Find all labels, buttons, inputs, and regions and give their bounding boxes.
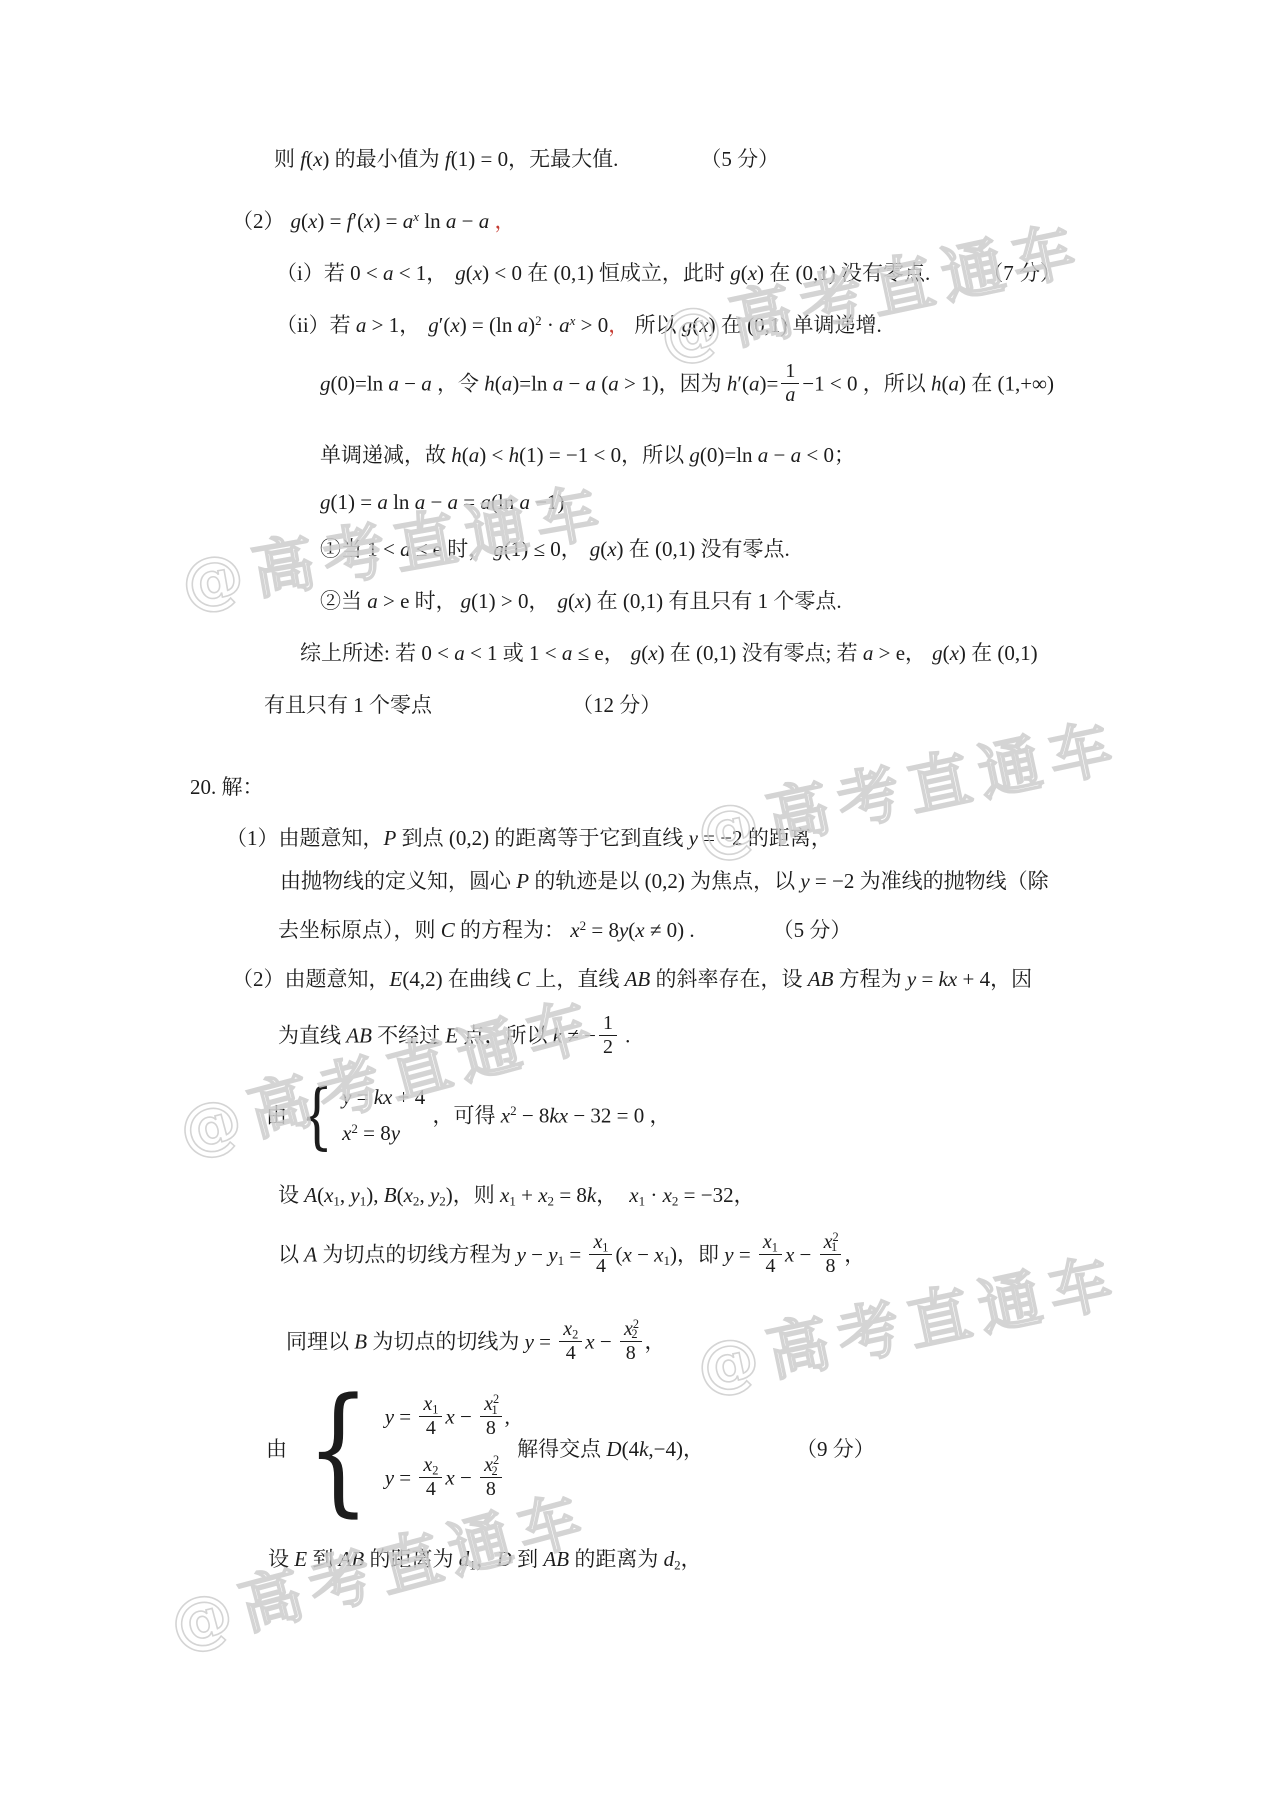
- equation-rows: y = x14x − x218,y = x24x − x228: [385, 1395, 510, 1503]
- text-run: 为直线: [278, 1023, 346, 1047]
- text-run: ，: [489, 209, 515, 233]
- text-run: 设: [268, 1547, 294, 1571]
- text-run: )=: [759, 371, 778, 395]
- text-run: a: [518, 313, 529, 337]
- text-run: E: [445, 1023, 458, 1047]
- text-run: −: [632, 1242, 654, 1266]
- fraction-numerator: x22: [480, 1454, 502, 1478]
- text-run: a: [519, 490, 530, 514]
- text-run: g: [558, 589, 569, 613]
- text-run: y: [548, 1242, 557, 1266]
- text-run: D: [606, 1437, 621, 1461]
- text-run: x: [342, 1121, 351, 1145]
- text-run: > e 时，: [378, 589, 457, 613]
- text-run: h: [727, 371, 738, 395]
- text-run: 单调递减，故: [320, 443, 451, 467]
- text-run: a: [469, 443, 480, 467]
- text-run: y: [724, 1242, 733, 1266]
- text-run: 到: [307, 1547, 339, 1571]
- text-run: P: [516, 869, 529, 893]
- fraction: x228: [620, 1318, 642, 1365]
- left-brace-icon: {: [307, 1390, 371, 1508]
- text-run: x: [699, 313, 708, 337]
- fraction-denominator: a: [781, 384, 799, 407]
- text-run: )，则: [446, 1183, 500, 1207]
- text-run: ) 在 (0,1) 没有零点; 若: [658, 641, 863, 665]
- text-run: g: [730, 261, 741, 285]
- text-run: ≠ −: [562, 1023, 596, 1047]
- text-run: > 1)，因为: [619, 371, 727, 395]
- text-run: ·: [645, 1183, 663, 1207]
- text-run: C: [516, 967, 530, 991]
- text-run: h: [931, 371, 942, 395]
- equation-row: y = x14x − x218,: [385, 1395, 510, 1442]
- spacer: [582, 555, 590, 556]
- text-run: a: [403, 209, 414, 233]
- text-run: y: [907, 967, 916, 991]
- text-run: g: [455, 261, 466, 285]
- text-run: 4: [566, 1342, 576, 1364]
- text-run: ，: [608, 313, 629, 337]
- text-run: 1: [432, 1403, 438, 1417]
- math-line: 同理以 B 为切点的切线为 y = x24x − x228，: [286, 1320, 666, 1367]
- math-line: （2）g(x) = f′(x) = ax ln a − a ，: [232, 206, 516, 236]
- text-run: a: [562, 641, 573, 665]
- text-run: =: [394, 1404, 416, 1428]
- text-run: 所以: [629, 313, 682, 337]
- text-run: g: [291, 209, 302, 233]
- math-line: 由 {y = kx + 4x2 = 8y ，可得 x2 − 8kx − 32 =…: [266, 1084, 671, 1151]
- text-run: x: [585, 1329, 594, 1353]
- text-run: ，令: [432, 371, 485, 395]
- text-run: g: [932, 641, 943, 665]
- text-run: B: [354, 1329, 367, 1353]
- math-line: （2）由题意知，E(4,2) 在曲线 C 上，直线 AB 的斜率存在，设 AB …: [232, 964, 1032, 994]
- fraction: x14: [759, 1231, 782, 1278]
- fraction-denominator: 4: [761, 1255, 779, 1278]
- text-run: (: [495, 371, 502, 395]
- fraction: 12: [599, 1012, 617, 1059]
- math-line: （i）若 0 < a < 1，g(x) < 0 在 (0,1) 恒成立，此时 g…: [276, 258, 1061, 288]
- text-run: 1: [602, 1240, 608, 1254]
- text-run: )=ln: [512, 371, 552, 395]
- text-run: (1) > 0，: [471, 589, 549, 613]
- text-run: 由抛物线的定义知，圆心: [280, 869, 516, 893]
- text-run: (1) = 0，无最大值.: [451, 147, 619, 171]
- fraction-denominator: 4: [422, 1417, 440, 1440]
- text-run: h: [484, 371, 495, 395]
- text-run: 到: [512, 1547, 544, 1571]
- math-line: 由抛物线的定义知，圆心 P 的轨迹是以 (0,2) 为焦点，以 y = −2 为…: [280, 866, 1049, 896]
- text-run: y: [619, 918, 628, 942]
- text-run: x: [563, 1318, 572, 1340]
- text-run: g: [682, 313, 693, 337]
- fraction: x24: [419, 1454, 442, 1501]
- text-run: a: [553, 371, 564, 395]
- text-run: 设: [278, 1183, 304, 1207]
- text-run: AB: [339, 1547, 365, 1571]
- text-run: > e，: [873, 641, 926, 665]
- text-run: 20. 解：: [190, 775, 264, 799]
- text-run: a: [480, 490, 491, 514]
- text-run: AB: [625, 967, 651, 991]
- text-run: 2: [491, 1464, 497, 1478]
- text-run: 8: [825, 1255, 835, 1277]
- text-run: ln: [388, 490, 415, 514]
- text-run: y: [689, 826, 698, 850]
- text-run: g: [631, 641, 642, 665]
- text-run: −: [455, 1404, 477, 1428]
- text-run: a: [948, 371, 959, 395]
- math-line: 设 A(x1, y1), B(x2, y2)，则 x1 + x2 = 8k，x1…: [278, 1180, 755, 1210]
- text-run: x: [748, 261, 757, 285]
- text-run: x: [763, 1231, 772, 1253]
- fraction-denominator: 2: [599, 1036, 617, 1059]
- text-run: g: [320, 371, 331, 395]
- text-run: y: [430, 1183, 439, 1207]
- text-run: a: [377, 490, 388, 514]
- text-run: （ii）若: [276, 313, 356, 337]
- text-run: ,: [340, 1183, 351, 1207]
- text-run: 由: [266, 1437, 292, 1461]
- fraction-denominator: 4: [562, 1342, 580, 1365]
- text-run: ) 在 (0,1): [959, 641, 1038, 665]
- text-run: a: [863, 641, 874, 665]
- text-run: − 8: [517, 1103, 550, 1127]
- text-run: =: [564, 1242, 586, 1266]
- spacer: [617, 1201, 629, 1202]
- math-line: （ii）若 a > 1，g′(x) = (ln a)2 · ax > 0， 所以…: [276, 310, 882, 340]
- text-run: （i）若 0 <: [276, 261, 383, 285]
- text-run: kx: [549, 1103, 568, 1127]
- text-run: a: [388, 371, 399, 395]
- text-run: ) 在 (0,1) 没有零点.: [617, 537, 790, 561]
- exam-answer-page: 则 f(x) 的最小值为 f(1) = 0，无最大值.（5 分）（2）g(x) …: [0, 0, 1280, 1811]
- text-run: 以: [278, 1242, 304, 1266]
- text-run: 上，直线: [530, 967, 625, 991]
- text-run: (: [466, 261, 473, 285]
- text-run: a: [446, 209, 457, 233]
- text-run: (: [568, 589, 575, 613]
- text-run: a: [421, 371, 432, 395]
- text-run: A: [304, 1183, 317, 1207]
- text-run: −: [456, 209, 478, 233]
- fraction: x218: [480, 1393, 502, 1440]
- text-run: g: [689, 443, 700, 467]
- text-run: （5 分）: [773, 918, 852, 942]
- fraction-numerator: x1: [759, 1231, 782, 1255]
- text-run: x: [501, 1103, 510, 1127]
- text-run: 由: [266, 1103, 292, 1127]
- text-run: 的轨迹是以 (0,2) 为焦点，以: [529, 869, 800, 893]
- text-run: y: [391, 1121, 400, 1145]
- text-run: （9 分）: [796, 1437, 875, 1461]
- text-run: = −2 为准线的抛物线（除: [810, 869, 1049, 893]
- text-run: x: [404, 1183, 413, 1207]
- spacer: [550, 607, 558, 608]
- math-line: （1）由题意知，P 到点 (0,2) 的距离等于它到直线 y = −2 的距离，: [226, 823, 832, 853]
- text-run: = 8: [358, 1121, 391, 1145]
- text-run: （1）由题意知，: [226, 826, 384, 850]
- text-run: 8: [626, 1342, 636, 1364]
- text-run: k: [639, 1437, 648, 1461]
- text-run: x: [575, 589, 584, 613]
- fraction-numerator: x1: [419, 1393, 442, 1417]
- text-run: x: [950, 641, 959, 665]
- text-run: 的方程为：: [455, 918, 571, 942]
- text-run: = 8: [586, 918, 619, 942]
- text-run: x: [473, 261, 482, 285]
- text-run: a: [448, 490, 459, 514]
- math-line: 有且只有 1 个零点（12 分）: [264, 690, 661, 720]
- text-run: a: [758, 443, 769, 467]
- text-run: ,: [505, 1404, 510, 1428]
- text-run: y: [517, 1242, 526, 1266]
- text-run: ，: [645, 1329, 666, 1353]
- text-run: AB: [346, 1023, 372, 1047]
- text-run: 的距离为: [569, 1547, 664, 1571]
- text-run: ),: [366, 1183, 384, 1207]
- fraction: x228: [480, 1454, 502, 1501]
- fraction: x14: [419, 1393, 442, 1440]
- equation-rows: y = kx + 4x2 = 8y: [342, 1082, 425, 1149]
- fraction-denominator: 4: [422, 1478, 440, 1501]
- text-run: ，: [681, 1547, 702, 1571]
- text-run: 1: [772, 1240, 778, 1254]
- text-run: ′(: [439, 313, 451, 337]
- text-run: x: [593, 1231, 602, 1253]
- text-run: 1: [785, 360, 795, 382]
- text-run: a: [383, 261, 394, 285]
- text-run: 为切点的切线方程为: [317, 1242, 517, 1266]
- text-run: 2: [631, 1327, 637, 1341]
- text-run: =: [734, 1242, 756, 1266]
- text-run: 1: [491, 1403, 497, 1417]
- text-run: D: [497, 1547, 512, 1571]
- text-run: 不经过: [372, 1023, 446, 1047]
- fraction-numerator: x21: [820, 1231, 842, 1255]
- text-run: y: [342, 1085, 351, 1109]
- spacer: [618, 165, 700, 166]
- text-run: E: [294, 1547, 307, 1571]
- text-run: kx: [939, 967, 958, 991]
- text-run: ，可得: [427, 1103, 501, 1127]
- text-run: (4,2) 在曲线: [402, 967, 516, 991]
- text-run: > 1，: [366, 313, 420, 337]
- text-run: a: [559, 313, 570, 337]
- text-run: AB: [543, 1547, 569, 1571]
- text-run: =: [534, 1329, 556, 1353]
- text-run: k: [553, 1023, 562, 1047]
- text-run: = −32，: [678, 1183, 754, 1207]
- equation-row: y = x24x − x228: [385, 1456, 505, 1503]
- fraction-denominator: 8: [821, 1255, 839, 1278]
- fraction: x218: [820, 1231, 842, 1278]
- text-run: 4: [426, 1478, 436, 1500]
- text-run: h: [509, 443, 520, 467]
- fraction-numerator: 1: [781, 360, 799, 384]
- text-run: −: [399, 371, 421, 395]
- text-run: a: [502, 371, 513, 395]
- text-run: y: [525, 1329, 534, 1353]
- text-run: 的距离为: [364, 1547, 459, 1571]
- text-run: 4: [765, 1255, 775, 1277]
- text-run: 方程为: [833, 967, 907, 991]
- text-run: kx: [374, 1085, 393, 1109]
- text-run: 则: [274, 147, 300, 171]
- equation-row: x2 = 8y: [342, 1118, 400, 1148]
- text-run: （5 分）: [700, 147, 779, 171]
- text-run: x: [423, 1454, 432, 1476]
- text-run: y: [350, 1183, 359, 1207]
- text-run: )，即: [670, 1242, 724, 1266]
- text-run: a: [479, 209, 490, 233]
- text-run: (: [397, 1183, 404, 1207]
- text-run: ①当 1 <: [320, 537, 400, 561]
- spacer: [704, 1455, 796, 1456]
- text-run: g: [493, 537, 504, 561]
- fraction-numerator: x22: [620, 1318, 642, 1342]
- text-run: y: [385, 1404, 394, 1428]
- fraction-numerator: x21: [480, 1393, 502, 1417]
- text-run: x: [629, 1183, 638, 1207]
- text-run: −: [794, 1242, 816, 1266]
- text-run: 的斜率存在，设: [650, 967, 808, 991]
- text-run: < 1 或 1 <: [465, 641, 562, 665]
- spacer: [930, 279, 982, 280]
- text-run: h: [451, 443, 462, 467]
- text-run: x: [663, 1183, 672, 1207]
- text-run: ) =: [317, 209, 346, 233]
- text-run: (: [301, 209, 308, 233]
- text-run: x: [308, 209, 317, 233]
- text-run: 到点 (0,2) 的距离等于它到直线: [396, 826, 688, 850]
- text-run: 为切点的切线为: [367, 1329, 525, 1353]
- text-run: A: [304, 1242, 317, 1266]
- fraction-denominator: 8: [482, 1417, 500, 1440]
- text-run: x: [607, 537, 616, 561]
- math-line: 综上所述: 若 0 < a < 1 或 1 < a ≤ e，g(x) 在 (0,…: [300, 638, 1038, 668]
- text-run: ，: [844, 1242, 865, 1266]
- text-run: x: [635, 918, 644, 942]
- text-run: (1) = −1 < 0，所以: [519, 443, 689, 467]
- text-run: (1) =: [331, 490, 378, 514]
- math-line: ①当 1 < a ≤ e 时，g(1) ≤ 0，g(x) 在 (0,1) 没有零…: [320, 534, 790, 564]
- text-run: −: [768, 443, 790, 467]
- spacer: [695, 936, 773, 937]
- text-run: a: [400, 537, 411, 561]
- text-run: ,−4)，: [648, 1437, 704, 1461]
- text-run: g: [461, 589, 472, 613]
- text-run: ②当: [320, 589, 367, 613]
- fraction-numerator: 1: [599, 1012, 617, 1036]
- text-run: g: [590, 537, 601, 561]
- math-line: 为直线 AB 不经过 E 点，所以 k ≠ −12 .: [278, 1014, 630, 1061]
- text-run: x: [570, 918, 579, 942]
- fraction-numerator: x2: [419, 1454, 442, 1478]
- text-run: =: [916, 967, 938, 991]
- fraction: x14: [589, 1231, 612, 1278]
- text-run: C: [441, 918, 455, 942]
- text-run: −: [455, 1465, 477, 1489]
- math-line: 去坐标原点），则 C 的方程为： x2 = 8y(x ≠ 0) .（5 分）: [278, 915, 851, 945]
- math-line: 则 f(x) 的最小值为 f(1) = 0，无最大值.（5 分）: [274, 144, 779, 174]
- text-run: 2: [603, 1036, 613, 1058]
- text-run: < 1，: [393, 261, 447, 285]
- text-run: (4: [622, 1437, 640, 1461]
- text-run: a: [415, 490, 426, 514]
- text-run: x: [622, 1242, 631, 1266]
- equation-system: {y = kx + 4x2 = 8y: [294, 1082, 425, 1149]
- text-run: 同理以: [286, 1329, 354, 1353]
- text-run: a: [608, 371, 619, 395]
- fraction-denominator: 4: [592, 1255, 610, 1278]
- fraction: x24: [559, 1318, 582, 1365]
- text-run: 1: [831, 1240, 837, 1254]
- text-run: x: [500, 1183, 509, 1207]
- text-run: (: [943, 641, 950, 665]
- text-run: −1 < 0 ，所以: [802, 371, 931, 395]
- fraction-numerator: x1: [589, 1231, 612, 1255]
- text-run: < 0；: [801, 443, 855, 467]
- math-line: 设 E 到 AB 的距离为 d1，D 到 AB 的距离为 d2，: [268, 1544, 702, 1574]
- text-run: g: [428, 313, 439, 337]
- text-run: .: [620, 1023, 631, 1047]
- text-run: 综上所述: 若 0 <: [300, 641, 454, 665]
- math-line: g(1) = a ln a − a = a(ln a −1): [320, 487, 565, 517]
- text-run: g: [320, 490, 331, 514]
- text-run: ≤ e 时，: [411, 537, 490, 561]
- left-brace-icon: {: [301, 1085, 334, 1146]
- text-run: 去坐标原点），则: [278, 918, 441, 942]
- text-run: −1): [530, 490, 565, 514]
- text-run: (: [462, 443, 469, 467]
- text-run: ≠ 0) .: [645, 918, 695, 942]
- text-run: =: [394, 1465, 416, 1489]
- text-run: a: [785, 384, 795, 406]
- text-run: ′(: [353, 209, 365, 233]
- text-run: (1) ≤ 0，: [504, 537, 582, 561]
- text-run: 2: [432, 1464, 438, 1478]
- text-run: 点，所以: [458, 1023, 553, 1047]
- text-run: ,: [419, 1183, 430, 1207]
- text-run: 1: [603, 1012, 613, 1034]
- text-run: 有且只有 1 个零点: [264, 693, 432, 717]
- text-run: （2）由题意知，: [232, 967, 390, 991]
- text-run: x: [450, 313, 459, 337]
- text-run: −: [595, 1329, 617, 1353]
- fraction: 1a: [781, 360, 799, 407]
- text-run: AB: [808, 967, 834, 991]
- text-run: ln: [419, 209, 446, 233]
- text-run: a: [586, 371, 597, 395]
- text-run: −: [526, 1242, 548, 1266]
- text-run: （2）: [232, 209, 285, 233]
- text-run: −: [425, 490, 447, 514]
- text-run: (0)=ln: [700, 443, 758, 467]
- text-run: a: [749, 371, 760, 395]
- text-run: = 8: [554, 1183, 587, 1207]
- text-run: =: [458, 490, 480, 514]
- text-run: ·: [542, 313, 560, 337]
- text-run: ′(: [737, 371, 749, 395]
- math-line: 20. 解：: [190, 772, 264, 802]
- text-run: (: [741, 261, 748, 285]
- fraction-numerator: x2: [559, 1318, 582, 1342]
- text-run: = −2 的距离，: [698, 826, 832, 850]
- text-run: ) 在 (0,1) 单调递增.: [709, 313, 882, 337]
- text-run: P: [384, 826, 397, 850]
